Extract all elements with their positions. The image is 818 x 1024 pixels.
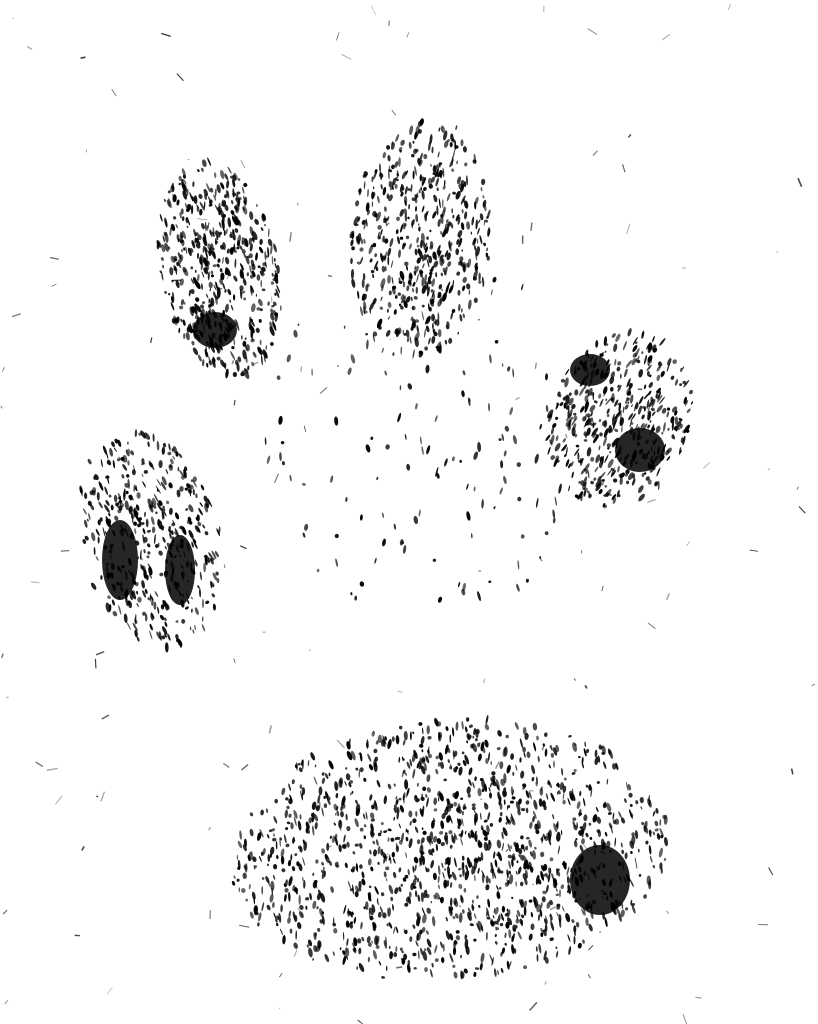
ink-paw-print <box>0 0 818 1024</box>
